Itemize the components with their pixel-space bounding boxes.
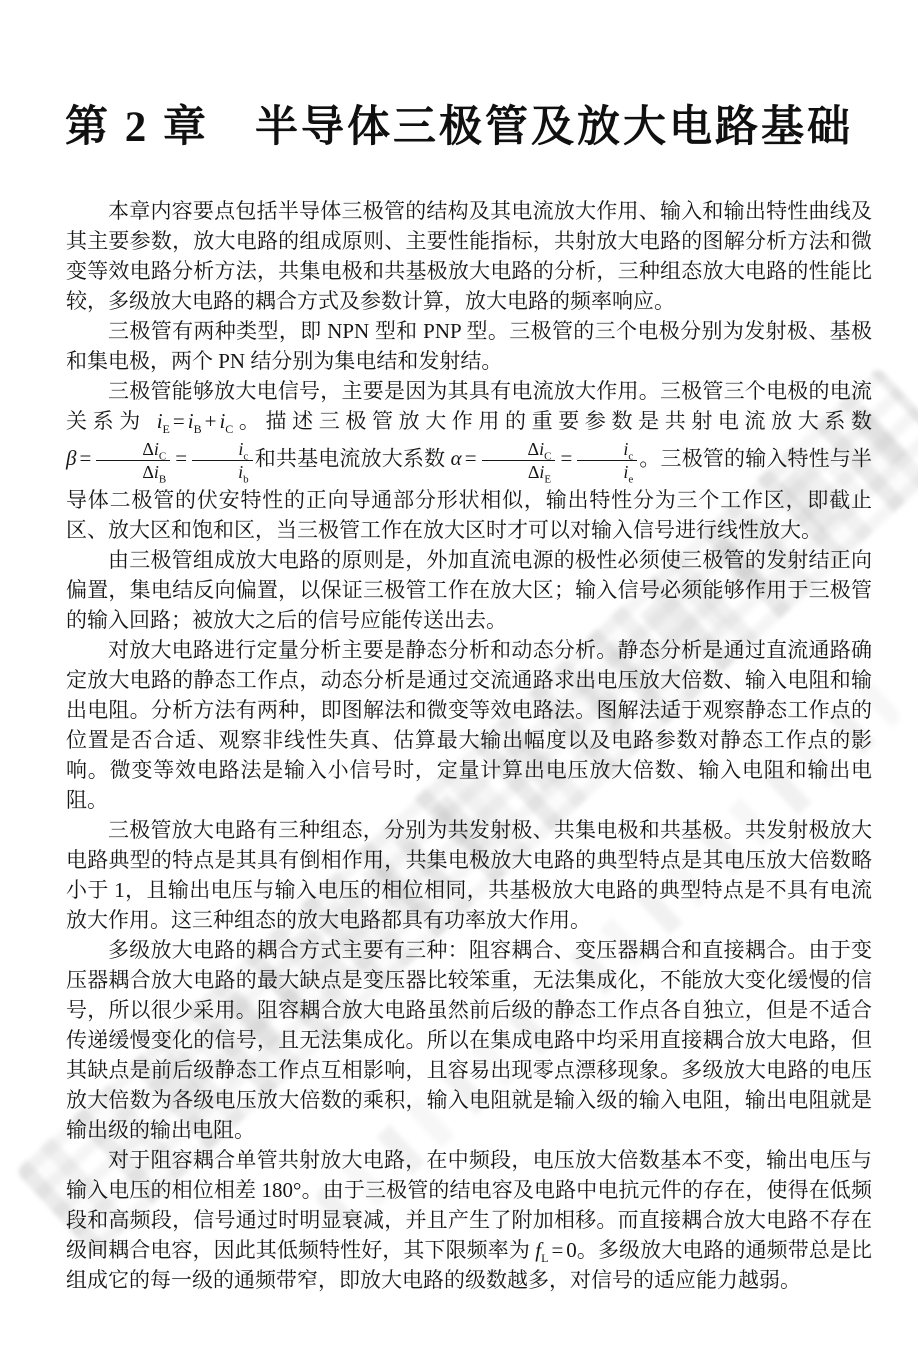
equals-sign: = (172, 446, 190, 470)
sub-c: C (544, 451, 551, 463)
paragraph-coupling-methods: 多级放大电路的耦合方式主要有三种：阻容耦合、变压器耦合和直接耦合。由于变压器耦合… (66, 935, 872, 1145)
formula-alpha: α=ΔiCΔiE=icie (451, 446, 640, 470)
denominator: ie (577, 461, 637, 482)
sub-b: B (159, 474, 166, 486)
denominator: ΔiB (96, 461, 170, 482)
paragraph-current-gain: 三极管能够放大电信号，主要是因为其具有电流放大作用。三极管三个电极的电流关系为 … (66, 376, 872, 545)
delta-symbol: Δ (142, 462, 154, 482)
equals-sign: = (76, 446, 94, 470)
document-page: 第 2 章 半导体三极管及放大电路基础 本章内容要点包括半导体三极管的结构及其电… (0, 0, 918, 1354)
numerator: ic (192, 439, 253, 461)
sub-c: c (628, 451, 633, 463)
var-beta: β (66, 446, 76, 470)
paragraph-overview: 本章内容要点包括半导体三极管的结构及其电流放大作用、输入和输出特性曲线及其主要参… (66, 196, 872, 316)
denominator: ib (192, 461, 253, 482)
fraction: ΔiCΔiE (482, 436, 556, 485)
fraction: ΔiCΔiB (96, 436, 170, 485)
equals-sign: = (557, 446, 575, 470)
delta-symbol: Δ (528, 439, 540, 459)
plus-sign: + (202, 409, 220, 433)
numerator: ic (577, 439, 637, 461)
formula-current-relation: iE=iB+iC (157, 409, 234, 433)
fraction: icib (192, 436, 253, 485)
paragraph-amplifier-principles: 由三极管组成放大电路的原则是，外加直流电源的极性必须使三极管的发射结正向偏置，集… (66, 545, 872, 635)
formula-lower-cutoff: fL=0 (535, 1238, 577, 1262)
numerator: ΔiC (96, 439, 170, 461)
equals-sign: = (170, 409, 188, 433)
sub-e: e (628, 474, 633, 486)
body-text: 本章内容要点包括半导体三极管的结构及其电流放大作用、输入和输出特性曲线及其主要参… (66, 196, 872, 1295)
paragraph-transistor-types: 三极管有两种类型，即 NPN 型和 PNP 型。三极管的三个电极分别为发射极、基… (66, 316, 872, 376)
numerator: ΔiC (482, 439, 556, 461)
paragraph-three-configurations: 三极管放大电路有三种组态，分别为共发射极、共集电极和共基极。共发射极放大电路典型… (66, 815, 872, 935)
equals-sign: = (462, 446, 480, 470)
sub-c: c (243, 451, 248, 463)
sub-b: B (194, 422, 202, 436)
delta-symbol: Δ (528, 462, 540, 482)
delta-symbol: Δ (142, 439, 154, 459)
var-alpha: α (451, 446, 462, 470)
sub-e: E (544, 474, 551, 486)
fraction: icie (577, 436, 637, 485)
text-segment: 和共基电流放大系数 (255, 446, 451, 470)
formula-beta: β=ΔiCΔiB=icib (66, 446, 255, 470)
equals-sign: = (548, 1238, 566, 1262)
paragraph-frequency-response: 对于阻容耦合单管共射放大电路，在中频段，电压放大倍数基本不变，输出电压与输入电压… (66, 1145, 872, 1295)
denominator: ΔiE (482, 461, 556, 482)
value-zero: 0 (566, 1238, 577, 1262)
sub-b: b (243, 474, 249, 486)
sub-e: E (163, 422, 170, 436)
text-segment: 。描述三极管放大作用的重要参数是共射电流放大系数 (233, 409, 872, 433)
paragraph-analysis-methods: 对放大电路进行定量分析主要是静态分析和动态分析。静态分析是通过直流通路确定放大电… (66, 635, 872, 815)
sub-c: C (159, 451, 166, 463)
chapter-title: 第 2 章 半导体三极管及放大电路基础 (0, 93, 918, 154)
